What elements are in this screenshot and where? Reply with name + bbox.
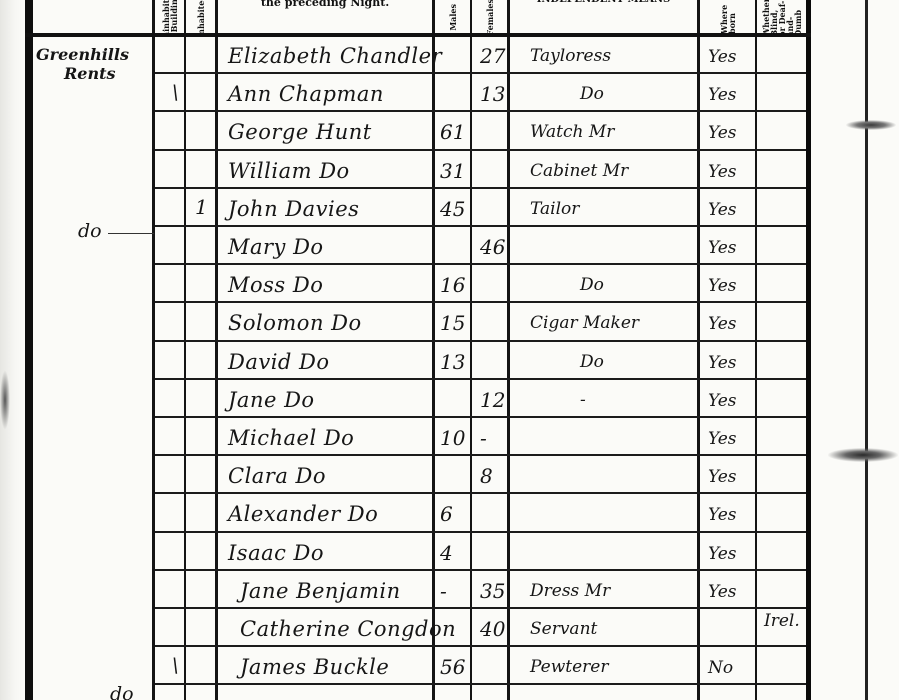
person-name: Jane Do — [228, 390, 315, 411]
ditto-dash — [108, 233, 154, 234]
column-line — [215, 0, 218, 700]
page-edge-shadow — [0, 0, 24, 700]
row-divider — [155, 416, 806, 418]
person-name: Alexander Do — [228, 504, 378, 525]
row-divider — [155, 72, 806, 74]
person-name: Michael Do — [228, 428, 354, 449]
row-divider — [155, 149, 806, 151]
header-where-born: Where born — [700, 0, 755, 34]
occupation: Dress Mr — [530, 583, 610, 600]
male-age: 31 — [440, 161, 465, 181]
address-entry: Greenhills — [36, 47, 129, 63]
occupation: Servant — [530, 621, 597, 638]
column-line — [806, 0, 811, 700]
where-born: Yes — [708, 49, 737, 66]
census-page: Uninhabited or Building Inhabited the pr… — [0, 0, 899, 700]
person-name: James Buckle — [240, 657, 389, 678]
header-inhabited: Inhabited — [186, 0, 215, 34]
row-divider — [155, 492, 806, 494]
where-born: Yes — [708, 240, 737, 257]
row-mark: \ — [172, 655, 179, 675]
occupation: - — [580, 392, 586, 409]
where-born: Yes — [708, 393, 737, 410]
occupation: Cabinet Mr — [530, 163, 628, 180]
column-line — [432, 0, 435, 700]
where-born: Yes — [708, 507, 737, 524]
where-born: Yes — [708, 584, 737, 601]
row-divider — [155, 263, 806, 265]
column-line — [470, 0, 472, 700]
row-divider — [155, 378, 806, 380]
address-entry: do — [110, 685, 134, 700]
female-age: 35 — [480, 581, 505, 601]
row-divider — [155, 569, 806, 571]
occupation: Tayloress — [530, 48, 611, 65]
row-divider — [155, 683, 806, 685]
occupation: Do — [580, 86, 604, 103]
male-age: 15 — [440, 313, 465, 333]
occupation: Pewterer — [530, 659, 609, 676]
header-whether-blind: Whether Blind, or Deaf-and-Dumb — [757, 0, 806, 34]
where-born: Yes — [708, 87, 737, 104]
fold-mark — [828, 448, 898, 462]
row-divider — [155, 187, 806, 189]
where-born: Yes — [708, 316, 737, 333]
male-age: 13 — [440, 352, 465, 372]
where-born: Yes — [708, 125, 737, 142]
female-age: 12 — [480, 390, 505, 410]
occupation: Cigar Maker — [530, 315, 639, 332]
person-name: Clara Do — [228, 466, 326, 487]
female-age: 13 — [480, 84, 505, 104]
left-border-line — [25, 0, 33, 700]
column-line — [152, 0, 155, 700]
row-divider — [155, 531, 806, 533]
person-name: David Do — [228, 352, 330, 373]
person-name: Moss Do — [228, 275, 323, 296]
person-name: Ann Chapman — [228, 84, 384, 105]
female-age: 27 — [480, 46, 505, 66]
header-name: the preceding Night. — [218, 0, 432, 30]
where-born: Yes — [708, 546, 737, 563]
person-name: George Hunt — [228, 122, 372, 143]
male-age: 45 — [440, 199, 465, 219]
female-age: - — [480, 428, 487, 448]
person-name: Jane Benjamin — [240, 581, 401, 602]
person-name: William Do — [228, 161, 350, 182]
person-name: Elizabeth Chandler — [228, 46, 442, 67]
person-name: Isaac Do — [228, 543, 324, 564]
address-entry: Rents — [64, 66, 116, 82]
male-age: 16 — [440, 275, 465, 295]
male-age: 61 — [440, 122, 465, 142]
header-females: Females — [472, 0, 507, 34]
person-name: Solomon Do — [228, 313, 362, 334]
person-name: Catherine Congdon — [240, 619, 456, 640]
row-divider — [155, 301, 806, 303]
column-line — [755, 0, 757, 700]
person-name: Mary Do — [228, 237, 324, 258]
row-divider — [155, 645, 806, 647]
column-line — [697, 0, 700, 700]
occupation: Tailor — [530, 201, 579, 218]
row-divider — [155, 225, 806, 227]
row-mark: \ — [172, 82, 179, 102]
row-divider — [155, 454, 806, 456]
header-divider — [25, 33, 811, 37]
female-age: 46 — [480, 237, 505, 257]
where-born: Yes — [708, 278, 737, 295]
extra-note: Irel. — [764, 613, 800, 630]
ink-blot — [0, 370, 10, 430]
column-line — [184, 0, 186, 700]
row-divider — [155, 110, 806, 112]
where-born: Yes — [708, 355, 737, 372]
male-age: 4 — [440, 543, 453, 563]
header-uninhabited: Uninhabited or Building — [155, 0, 184, 34]
address-entry: do — [78, 222, 102, 241]
occupation: Watch Mr — [530, 124, 614, 141]
where-born: Yes — [708, 202, 737, 219]
column-line — [865, 0, 868, 700]
where-born: Yes — [708, 469, 737, 486]
header-occupation: INDEPENDENT MEANS — [510, 0, 697, 28]
occupation: Do — [580, 354, 604, 371]
column-line — [507, 0, 510, 700]
male-age: 10 — [440, 428, 465, 448]
where-born: No — [708, 660, 733, 677]
row-divider — [155, 607, 806, 609]
row-divider — [155, 340, 806, 342]
male-age: - — [440, 581, 447, 601]
female-age: 8 — [480, 466, 493, 486]
male-age: 6 — [440, 504, 453, 524]
person-name: John Davies — [228, 199, 359, 220]
occupation: Do — [580, 277, 604, 294]
where-born: Yes — [708, 164, 737, 181]
fold-mark — [846, 120, 896, 130]
where-born: Yes — [708, 431, 737, 448]
header-males: Males — [435, 0, 470, 34]
row-mark: 1 — [195, 197, 208, 217]
female-age: 40 — [480, 619, 505, 639]
male-age: 56 — [440, 657, 465, 677]
